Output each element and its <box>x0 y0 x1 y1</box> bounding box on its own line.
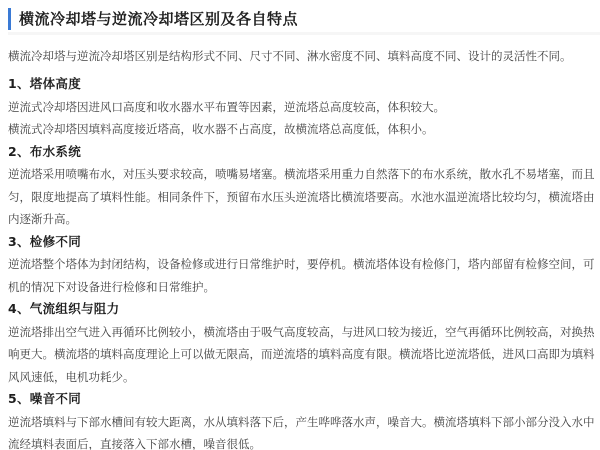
intro-paragraph: 横流冷却塔与逆流冷却塔区别是结构形式不同、尺寸不同、淋水密度不同、填料高度不同、… <box>8 45 600 67</box>
text-line: 逆流式冷却塔因进风口高度和收水器水平布置等因素，逆流塔总高度较高，体积较大。 <box>8 96 600 119</box>
text-line: 匀，限度地提高了填料性能。相同条件下，预留布水压头逆流塔比横流塔要高。水池水温逆… <box>8 186 600 209</box>
text-line: 流经填料表面后，直接落入下部水槽，噪音很低。 <box>8 433 600 450</box>
text-line: 逆流塔填料与下部水槽间有较大距离，水从填料落下后，产生哗哗落水声，噪音大。横流塔… <box>8 411 600 434</box>
text-line: 逆流塔整个塔体为封闭结构，设备检修或进行日常维护时，要停机。横流塔体设有检修门，… <box>8 253 600 276</box>
text-line: 机的情况下对设备进行检修和日常维护。 <box>8 276 600 299</box>
title-block: 横流冷却塔与逆流冷却塔区别及各自特点 <box>8 8 600 35</box>
text-line: 逆流塔排出空气进入再循环比例较小，横流塔由于吸气高度较高，与进风口较为接近，空气… <box>8 321 600 344</box>
section-heading-3: 3、检修不同 <box>8 231 600 254</box>
section-heading-1: 1、塔体高度 <box>8 73 600 96</box>
text-line: 风风速低，电机功耗少。 <box>8 366 600 389</box>
article-page: 横流冷却塔与逆流冷却塔区别及各自特点 横流冷却塔与逆流冷却塔区别是结构形式不同、… <box>0 0 600 450</box>
text-line: 横流式冷却塔因填料高度接近塔高，收水器不占高度，故横流塔总高度低，体积小。 <box>8 118 600 141</box>
text-line: 响更大。横流塔的填料高度理论上可以做无限高，而逆流塔的填料高度有限。横流塔比逆流… <box>8 343 600 366</box>
article-body: 1、塔体高度 逆流式冷却塔因进风口高度和收水器水平布置等因素，逆流塔总高度较高，… <box>8 73 600 450</box>
section-heading-2: 2、布水系统 <box>8 141 600 164</box>
section-heading-5: 5、噪音不同 <box>8 388 600 411</box>
section-heading-4: 4、气流组织与阻力 <box>8 298 600 321</box>
page-title: 横流冷却塔与逆流冷却塔区别及各自特点 <box>8 8 600 30</box>
text-line: 逆流塔采用喷嘴布水，对压头要求较高，喷嘴易堵塞。横流塔采用重力自然落下的布水系统… <box>8 163 600 186</box>
text-line: 内逐渐升高。 <box>8 208 600 231</box>
